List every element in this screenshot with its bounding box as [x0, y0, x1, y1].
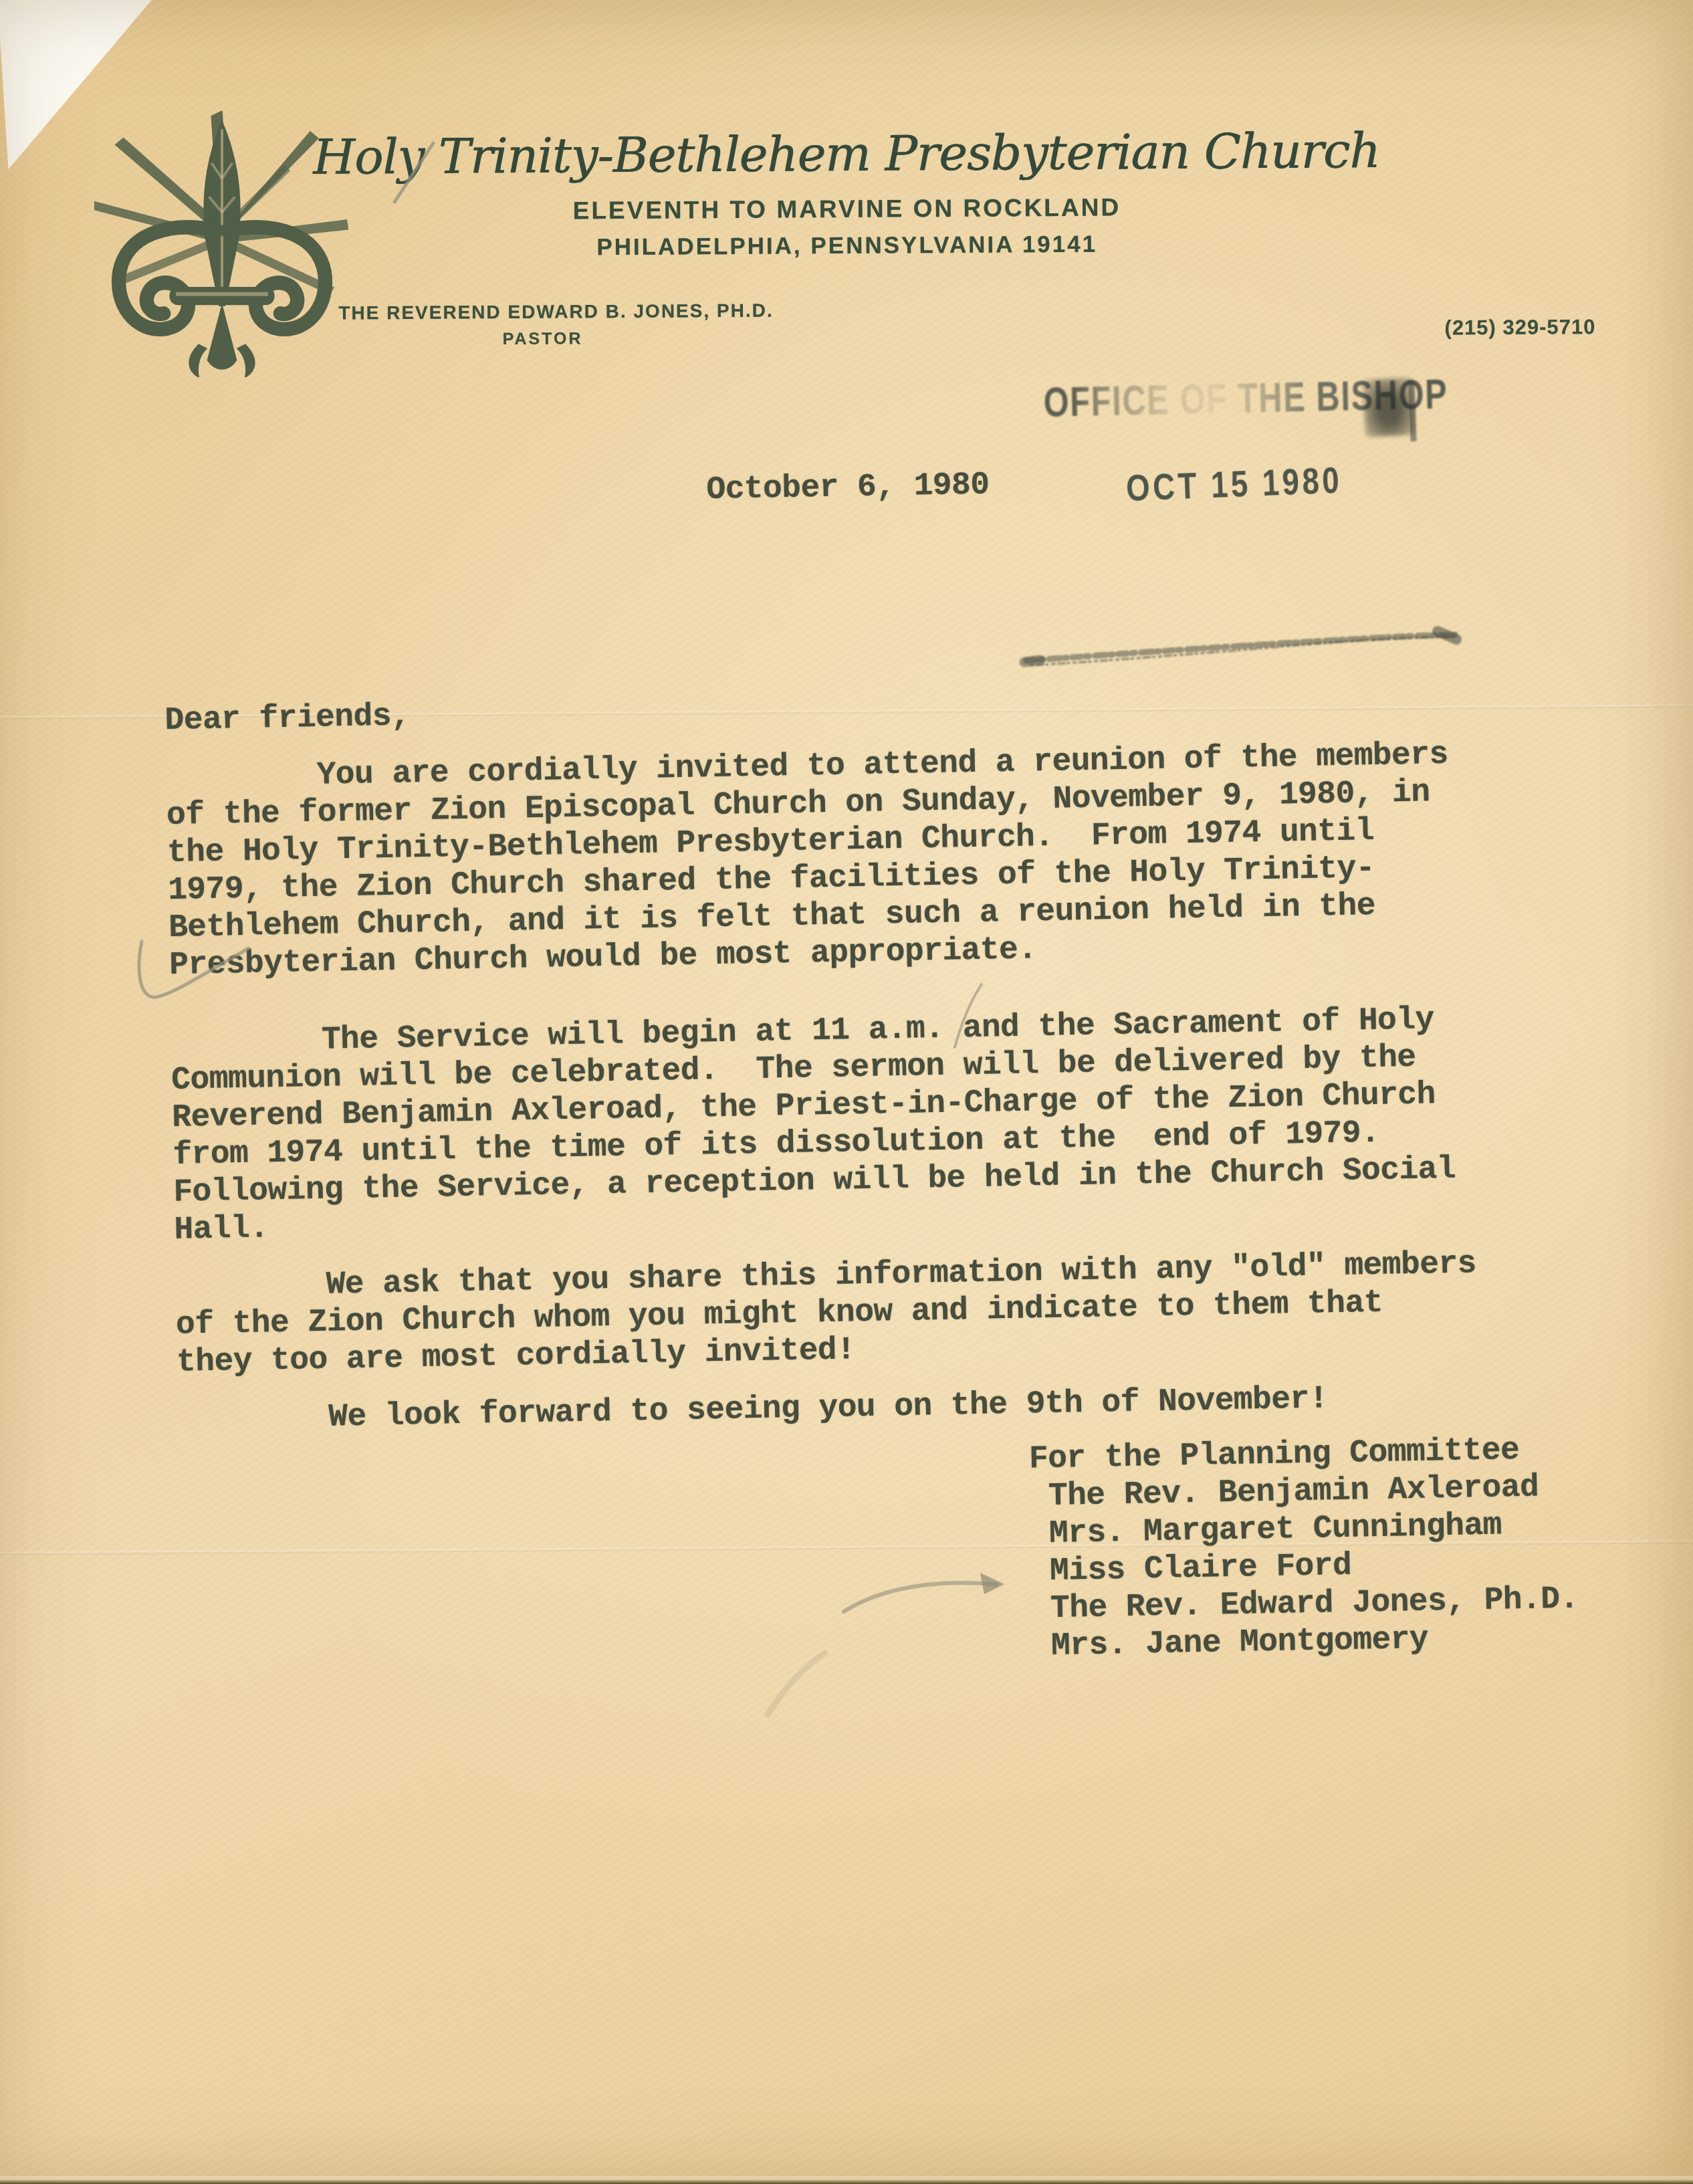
- church-name: Holy Trinity-Bethlehem Presbyterian Chur…: [74, 121, 1619, 187]
- letterhead: Holy Trinity-Bethlehem Presbyterian Chur…: [0, 0, 1692, 3]
- paragraph-2: The Service will begin at 11 a.m. and th…: [171, 1000, 1525, 1249]
- received-date-stamp: OCT 15 1980: [1125, 460, 1343, 510]
- letter-date: October 6, 1980: [706, 467, 990, 508]
- paragraph-4: We look forward to seeing you on the 9th…: [177, 1377, 1529, 1439]
- closing-block: For the Planning Committee The Rev. Benj…: [1028, 1432, 1533, 1666]
- stamp-ink-blob: [1363, 377, 1415, 437]
- scanned-letter-page: Holy Trinity-Bethlehem Presbyterian Chur…: [0, 0, 1693, 2184]
- pencil-scribbled-line: [1024, 631, 1456, 665]
- pastor-title: PASTOR: [338, 328, 746, 350]
- phone-number: (215) 329-5710: [1365, 315, 1595, 340]
- paragraph-1: You are cordially invited to attend a re…: [166, 735, 1520, 984]
- paragraph-3: We ask that you share this information w…: [175, 1244, 1528, 1382]
- scan-bottom-edge: [0, 2176, 1693, 2184]
- pastor-name: THE REVEREND EDWARD B. JONES, PH.D.: [338, 300, 773, 324]
- salutation: Dear friends,: [164, 677, 1516, 740]
- letter-body: Dear friends, You are cordially invited …: [164, 677, 1533, 1681]
